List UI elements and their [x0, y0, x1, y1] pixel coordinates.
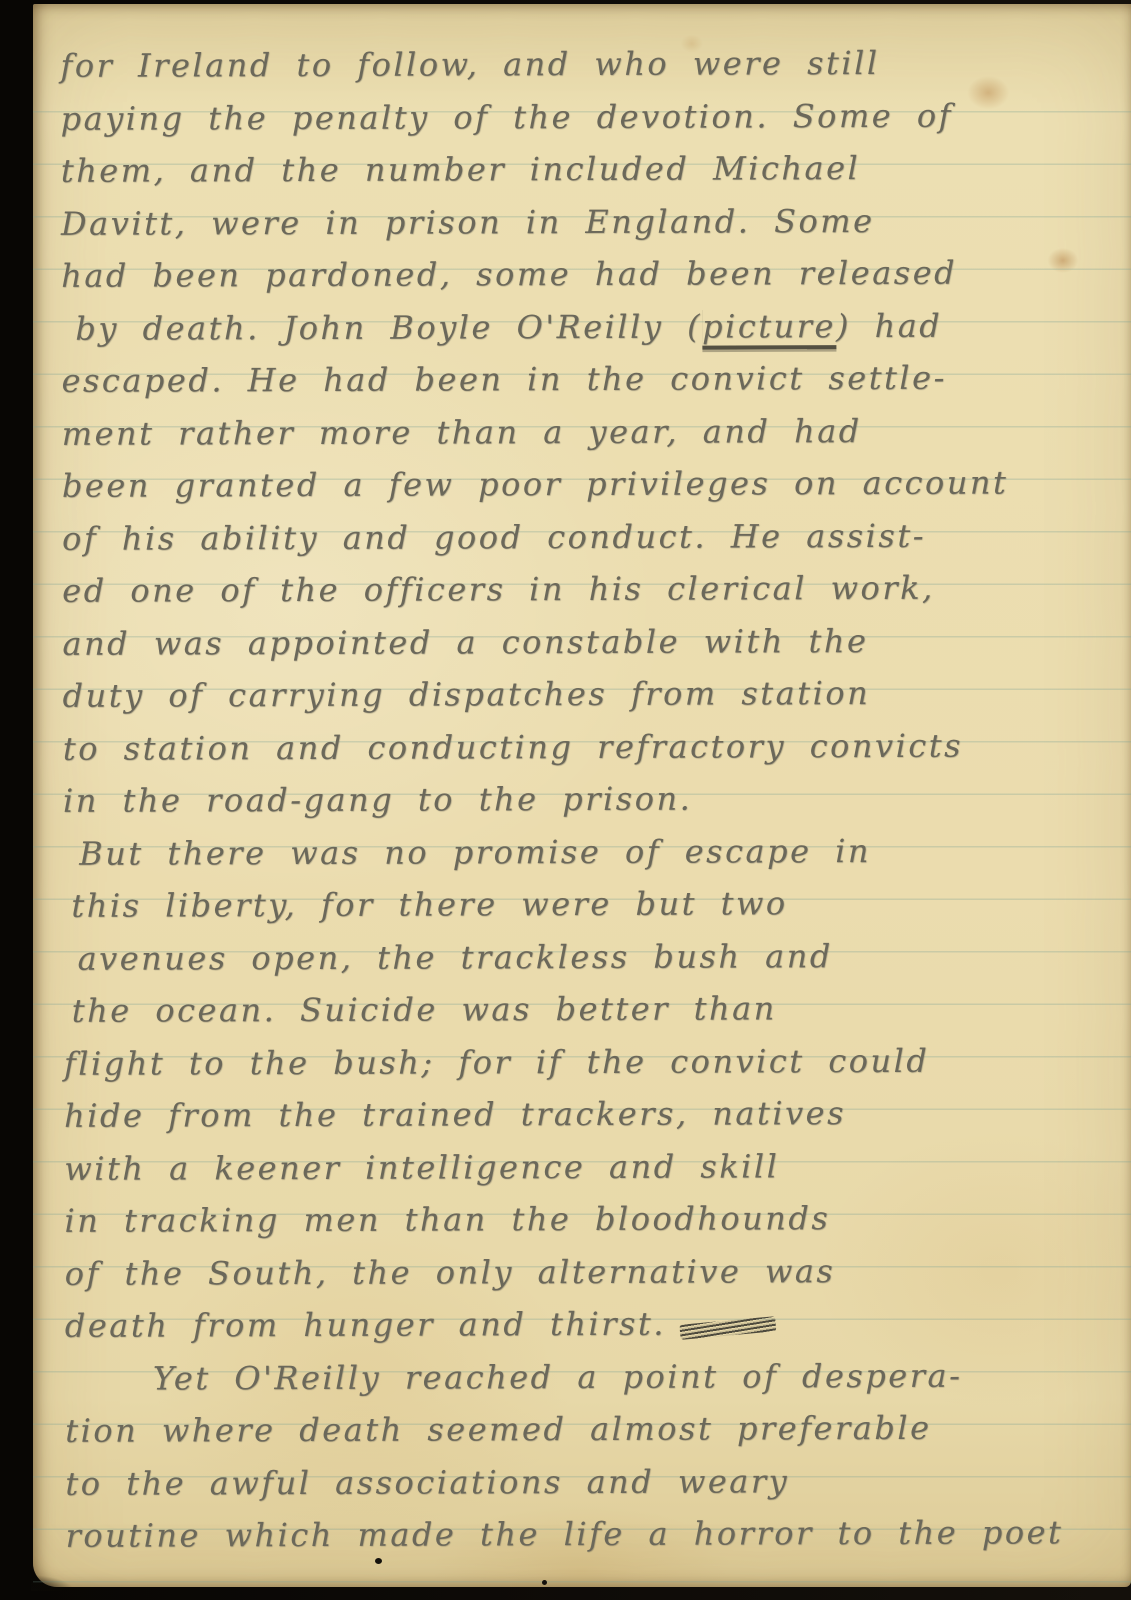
manuscript-line: to the awful associations and weary — [65, 1454, 1127, 1510]
manuscript-line: Davitt, were in prison in England. Some — [61, 194, 1123, 250]
manuscript-line: tion where death seemed almost preferabl… — [65, 1401, 1127, 1457]
ink-speck — [542, 1580, 547, 1585]
manuscript-line: duty of carrying dispatches from station — [63, 666, 1125, 722]
underlined-word: picture — [702, 307, 836, 349]
manuscript-line: ment rather more than a year, and had — [62, 404, 1124, 460]
scanned-page: for Ireland to follow, and who were stil… — [0, 0, 1131, 1600]
manuscript-line: routine which made the life a horror to … — [65, 1506, 1127, 1562]
manuscript-line: this liberty, for there were but two — [63, 876, 1125, 932]
manuscript-line: avenues open, the trackless bush and — [63, 929, 1125, 985]
manuscript-line: of the South, the only alternative was — [65, 1244, 1127, 1300]
manuscript-line: in the road-gang to the prison. — [63, 771, 1125, 827]
page-corner-shadow — [31, 1565, 111, 1591]
manuscript-line: escaped. He had been in the convict sett… — [61, 351, 1123, 407]
manuscript-line: to station and conducting refractory con… — [63, 719, 1125, 775]
manuscript-line: in tracking men than the bloodhounds — [64, 1191, 1126, 1247]
manuscript-line: with a keener intelligence and skill — [64, 1139, 1126, 1195]
manuscript-line: flight to the bush; for if the convict c… — [64, 1034, 1126, 1090]
manuscript-line: and was appointed a constable with the — [62, 614, 1124, 670]
manuscript-line: death from hunger and thirst. — [65, 1296, 1127, 1352]
manuscript-line: Yet O'Reilly reached a point of despera- — [65, 1349, 1127, 1405]
manuscript-line: for Ireland to follow, and who were stil… — [60, 36, 1122, 92]
paper-sheet: for Ireland to follow, and who were stil… — [33, 4, 1131, 1587]
manuscript-line: by death. John Boyle O'Reilly (picture) … — [61, 299, 1123, 355]
manuscript-line: the ocean. Suicide was better than — [64, 981, 1126, 1037]
manuscript-line: ed one of the officers in his clerical w… — [62, 561, 1124, 617]
manuscript-line: had been pardoned, some had been release… — [61, 246, 1123, 302]
manuscript-line: But there was no promise of escape in — [63, 824, 1125, 880]
ink-speck — [375, 1558, 382, 1564]
scribble-crossout — [679, 1316, 776, 1340]
manuscript-line: hide from the trained trackers, natives — [64, 1086, 1126, 1142]
manuscript-line: them, and the number included Michael — [61, 141, 1123, 197]
manuscript-line: of his ability and good conduct. He assi… — [62, 509, 1124, 565]
handwriting-block: for Ireland to follow, and who were stil… — [60, 36, 1127, 1562]
manuscript-line: been granted a few poor privileges on ac… — [62, 456, 1124, 512]
manuscript-line: paying the penalty of the devotion. Some… — [61, 89, 1123, 145]
